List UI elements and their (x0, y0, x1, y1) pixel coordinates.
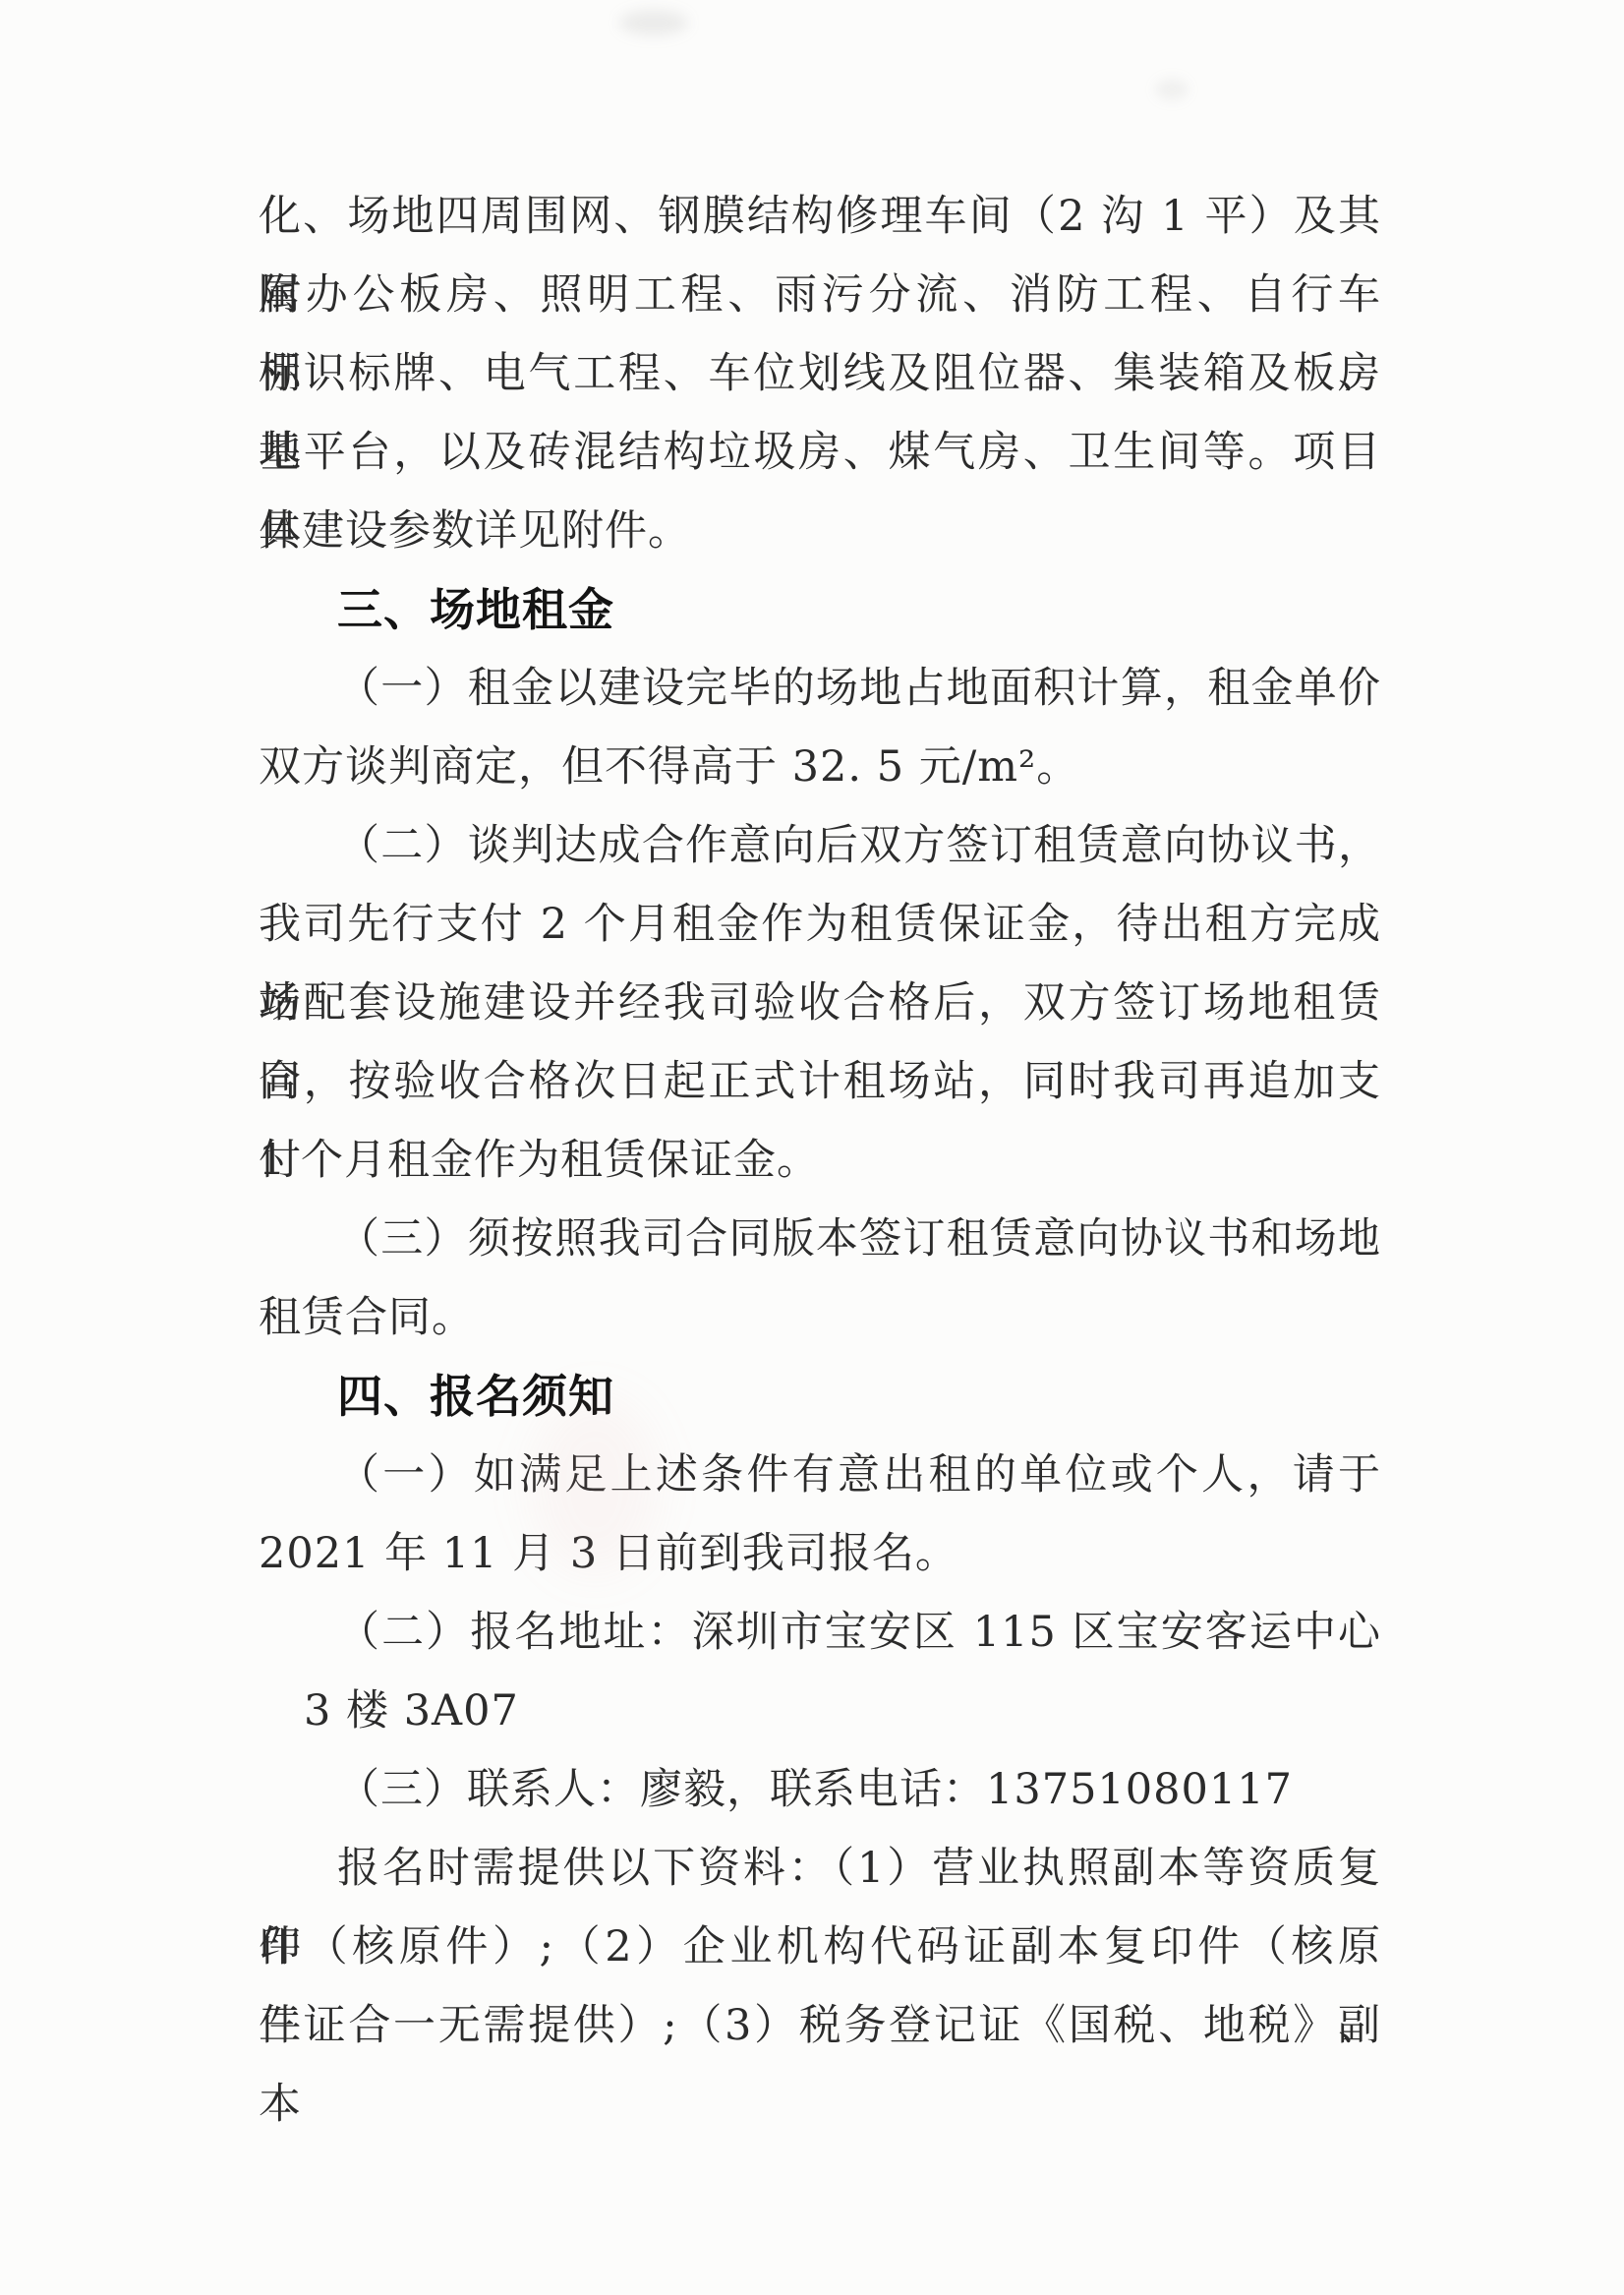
scan-smudge (1155, 79, 1189, 100)
body-line: （三）须按照我司合同版本签订租赁意向协议书和场地 (259, 1200, 1381, 1278)
scan-smudge (619, 10, 688, 35)
body-line: （三）联系人：廖毅，联系电话：13751080117 (259, 1750, 1381, 1829)
body-line: 属办公板房、照明工程、雨污分流、消防工程、自行车棚、 (259, 256, 1381, 334)
body-line: （一）如满足上述条件有意出租的单位或个人，请于 (259, 1436, 1381, 1514)
body-line: 1 个月租金作为租赁保证金。 (259, 1121, 1381, 1200)
body-line: 同，按验收合格次日起正式计租场站，同时我司再追加支付 (259, 1042, 1381, 1121)
document-page: 化、场地四周围网、钢膜结构修理车间（2 沟 1 平）及其附 属办公板房、照明工程… (0, 0, 1624, 2295)
body-line: 3 楼 3A07 (259, 1672, 1381, 1750)
body-line: 2021 年 11 月 3 日前到我司报名。 (259, 1514, 1381, 1593)
body-line: 租赁合同。 (259, 1278, 1381, 1357)
body-line: 化、场地四周围网、钢膜结构修理车间（2 沟 1 平）及其附 (259, 177, 1381, 256)
body-line: 双方谈判商定，但不得高于 32. 5 元/m²。 (259, 728, 1381, 806)
body-line: 报名时需提供以下资料：（1）营业执照副本等资质复印 (259, 1829, 1381, 1908)
body-line: 站配套设施建设并经我司验收合格后，双方签订场地租赁合 (259, 964, 1381, 1042)
body-line: 三证合一无需提供）;（3）税务登记证《国税、地税》副本 (259, 1986, 1381, 2065)
body-line: 标识标牌、电气工程、车位划线及阻位器、集装箱及板房地 (259, 334, 1381, 413)
body-line: （一）租金以建设完毕的场地占地面积计算，租金单价 (259, 649, 1381, 728)
section-heading-3: 三、场地租金 (259, 570, 1381, 649)
body-line: 件（核原件）;（2）企业机构代码证副本复印件（核原件、 (259, 1908, 1381, 1986)
body-line: 体建设参数详见附件。 (259, 492, 1381, 570)
body-line: （二）谈判达成合作意向后双方签订租赁意向协议书， (259, 806, 1381, 885)
body-line: 基平台，以及砖混结构垃圾房、煤气房、卫生间等。项目具 (259, 413, 1381, 492)
body-line: （二）报名地址：深圳市宝安区 115 区宝安客运中心 (259, 1593, 1381, 1672)
section-heading-4: 四、报名须知 (259, 1357, 1381, 1436)
body-line: 我司先行支付 2 个月租金作为租赁保证金，待出租方完成场 (259, 885, 1381, 964)
